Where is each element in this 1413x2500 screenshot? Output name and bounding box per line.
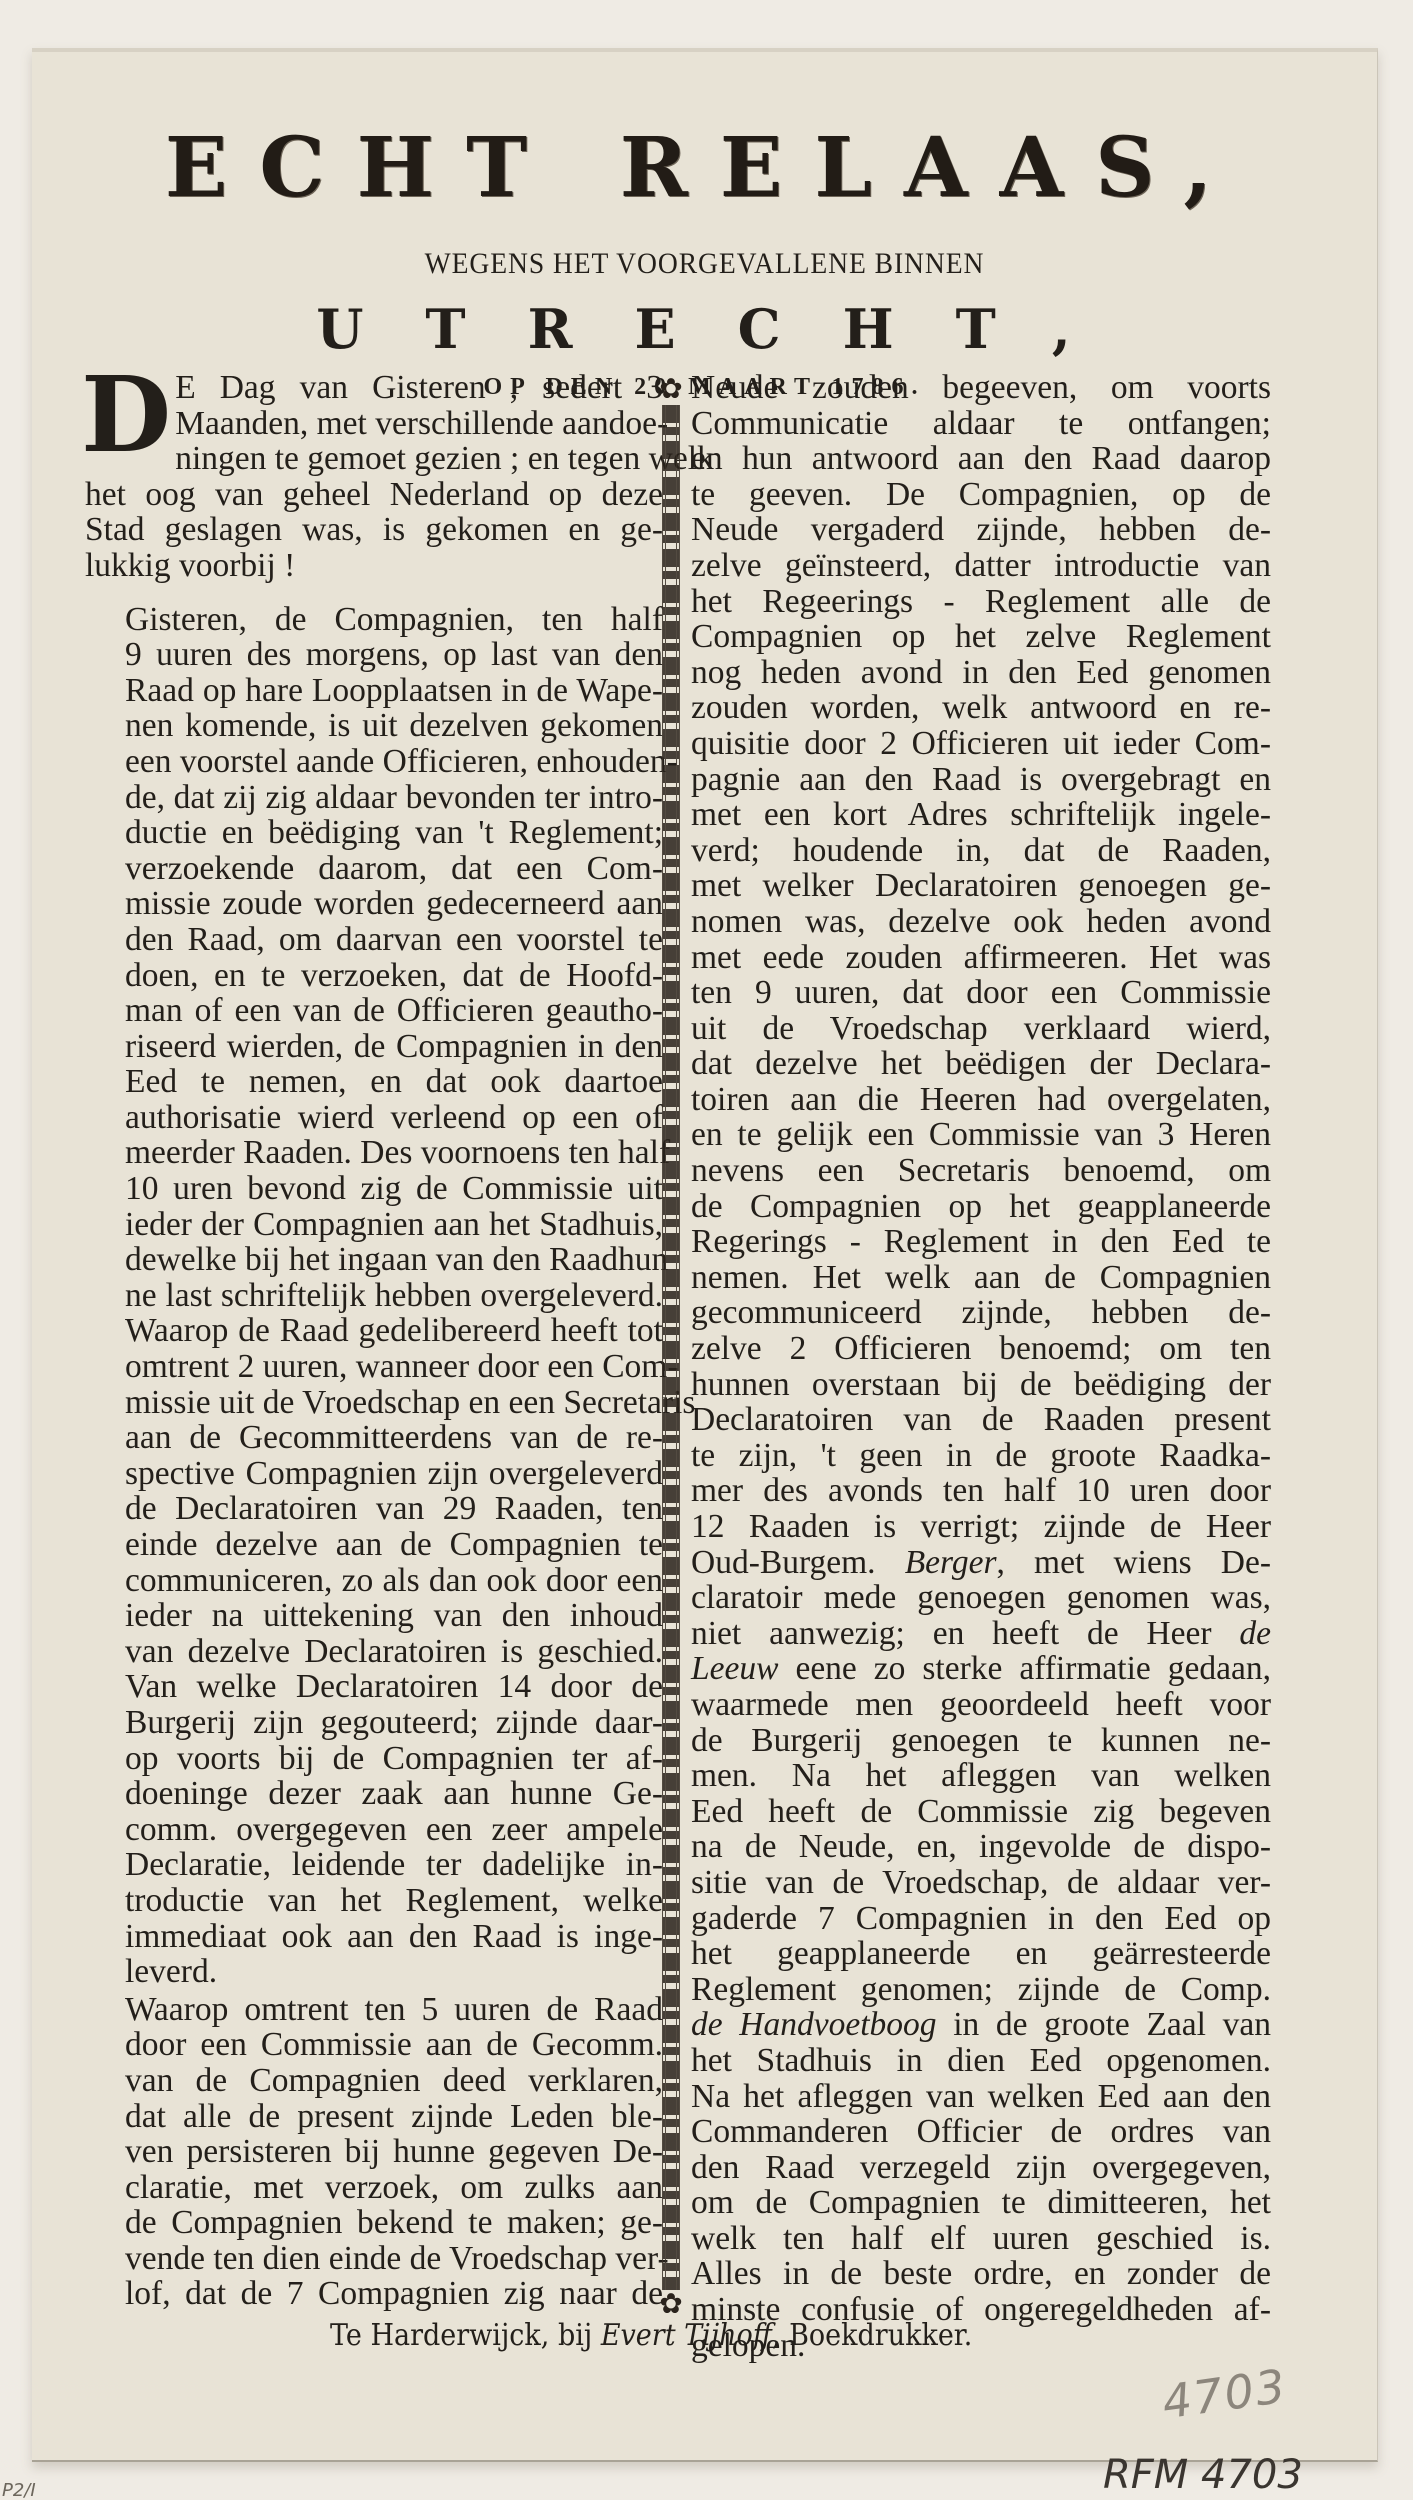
paragraph: Waarop omtrent ten 5 uuren de Raaddoor e… — [85, 1992, 663, 2312]
text-line: door een Commissie aan de Gecomm. — [85, 2027, 663, 2063]
text-line: Regerings - Reglement in den Eed te — [691, 1224, 1271, 1260]
text-line: verzoekende daarom, dat een Com- — [85, 851, 663, 887]
text-line: nevens een Secretaris benoemd, om — [691, 1153, 1271, 1189]
text-line: communiceren, zo als dan ook door een — [85, 1563, 663, 1599]
text-line: om de Compagnien te dimitteeren, het — [691, 2185, 1271, 2221]
text-line: meerder Raaden. Des voornoens ten half — [85, 1135, 663, 1171]
text-line: de Compagnien op het geapplaneerde — [691, 1189, 1271, 1225]
text-line: het oog van geheel Nederland op deze — [85, 477, 663, 513]
text-line: men. Na het afleggen van welken — [691, 1758, 1271, 1794]
text-line: te geeven. De Compagnien, op de — [691, 477, 1271, 513]
archive-mark: RFM 4703 — [1103, 2452, 1303, 2498]
text-line: gaderde 7 Compagnien in den Eed op — [691, 1901, 1271, 1937]
text-line: Alles in de beste ordre, en zonder de — [691, 2256, 1271, 2292]
text-line: doen, en te verzoeken, dat de Hoofd- — [85, 958, 663, 994]
text-line: hunnen overstaan bij de beëdiging der — [691, 1367, 1271, 1403]
text-line: zelve 2 Officieren benoemd; om ten — [691, 1331, 1271, 1367]
flower-ornament-icon: ✿ — [659, 2290, 682, 2320]
text-line: zouden worden, welk antwoord en re- — [691, 690, 1271, 726]
text-line: man of een van de Officieren geautho- — [85, 993, 663, 1029]
text-line: Waarop de Raad gedelibereerd heeft tot — [85, 1313, 663, 1349]
text-line: niet aanwezig; en heeft de Heer de — [691, 1616, 1271, 1652]
text-line: een voorstel aande Officieren, enhouden- — [85, 744, 663, 780]
text-line: de Burgerij genoegen te kunnen ne- — [691, 1723, 1271, 1759]
text-line: en hun antwoord aan den Raad daarop — [691, 441, 1271, 477]
text-line: zelve geïnsteerd, datter introductie van — [691, 548, 1271, 584]
text-line: Raad op hare Loopplaatsen in de Wape- — [85, 673, 663, 709]
chain-ornament — [662, 405, 680, 2290]
text-line: ten 9 uuren, dat door een Commissie — [691, 975, 1271, 1011]
paragraph: DE Dag van Gisteren , sedert 3Maanden, m… — [85, 370, 663, 584]
text-line: uit de Vroedschap verklaard wierd, — [691, 1011, 1271, 1047]
text-line: nen komende, is uit dezelven gekomen — [85, 708, 663, 744]
text-line: leverd. — [85, 1954, 663, 1990]
text-line: mer des avonds ten half 10 uren door — [691, 1473, 1271, 1509]
text-line: Stad geslagen was, is gekomen en ge- — [85, 512, 663, 548]
document-city: UTRECHT, — [32, 297, 1377, 361]
text-line: Na het afleggen van welken Eed aan den — [691, 2079, 1271, 2115]
text-line: nog heden avond in den Eed genomen — [691, 655, 1271, 691]
text-line: den Raad verzegeld zijn overgegeven, — [691, 2150, 1271, 2186]
text-line: einde dezelve aan de Compagnien te — [85, 1527, 663, 1563]
text-line: Neude zouden begeeven, om voorts — [691, 370, 1271, 406]
text-line: Neude vergaderd zijnde, hebben de- — [691, 512, 1271, 548]
text-line: Oud-Burgem. Berger, met wiens De- — [691, 1545, 1271, 1581]
text-line: de, dat zij zig aldaar bevonden ter intr… — [85, 780, 663, 816]
text-line: immediaat ook aan den Raad is inge- — [85, 1919, 663, 1955]
text-line: dewelke bij het ingaan van den Raadhun — [85, 1242, 663, 1278]
text-line: spective Compagnien zijn overgeleverd — [85, 1456, 663, 1492]
drop-cap: D — [81, 376, 171, 454]
document-title: ECHT RELAAS, — [32, 120, 1377, 216]
text-line: met eede zouden affirmeeren. Het was — [691, 940, 1271, 976]
text-line: met een kort Adres schriftelijk ingele- — [691, 797, 1271, 833]
text-line: de Handvoetboog in de groote Zaal van — [691, 2007, 1271, 2043]
text-line: het geapplaneerde en geärresteerde — [691, 1936, 1271, 1972]
text-line: ningen te gemoet gezien ; en tegen welk — [85, 441, 663, 477]
text-line: aan de Gecommitteerdens van de re- — [85, 1420, 663, 1456]
text-line: nemen. Het welk aan de Compagnien — [691, 1260, 1271, 1296]
corner-mark: P2/I — [2, 2480, 36, 2500]
text-line: en te gelijk een Commissie van 3 Heren — [691, 1117, 1271, 1153]
text-line: Burgerij zijn gegouteerd; zijnde daar- — [85, 1705, 663, 1741]
text-line: van dezelve Declaratoiren is geschied. — [85, 1634, 663, 1670]
text-line: sitie van de Vroedschap, de aldaar ver- — [691, 1865, 1271, 1901]
text-line: riseerd wierden, de Compagnien in den — [85, 1029, 663, 1065]
text-line: claratoir mede genoegen genomen was, — [691, 1580, 1271, 1616]
text-line: ven persisteren bij hunne gegeven De- — [85, 2134, 663, 2170]
text-line: Reglement genomen; zijnde de Comp. — [691, 1972, 1271, 2008]
text-line: Maanden, met verschillende aandoe- — [85, 406, 663, 442]
text-line: den Raad, om daarvan een voorstel te — [85, 922, 663, 958]
text-line: na de Neude, en, ingevolde de dispo- — [691, 1829, 1271, 1865]
text-line: dat alle de present zijnde Leden ble- — [85, 2099, 663, 2135]
text-line: missie zoude worden gedecerneerd aan — [85, 886, 663, 922]
text-line: de Compagnien bekend te maken; ge- — [85, 2205, 663, 2241]
text-line: Declaratie, leidende ter dadelijke in- — [85, 1847, 663, 1883]
text-line: Van welke Declaratoiren 14 door de — [85, 1669, 663, 1705]
text-line: authorisatie wierd verleend op een of — [85, 1100, 663, 1136]
text-line: 10 uren bevond zig de Commissie uit — [85, 1171, 663, 1207]
text-line: verd; houdende in, dat de Raaden, — [691, 833, 1271, 869]
text-line: Eed heeft de Commissie zig begeven — [691, 1794, 1271, 1830]
text-line: op voorts bij de Compagnien ter af- — [85, 1741, 663, 1777]
text-line: Eed te nemen, en dat ook daartoe — [85, 1064, 663, 1100]
right-column: Neude zouden begeeven, om voortsCommunic… — [691, 370, 1271, 2363]
text-line: ne last schriftelijk hebben overgeleverd… — [85, 1278, 663, 1314]
text-line: de Declaratoiren van 29 Raaden, ten — [85, 1491, 663, 1527]
text-line: troductie van het Reglement, welke — [85, 1883, 663, 1919]
text-line: het Regeerings - Reglement alle de — [691, 584, 1271, 620]
text-line: missie uit de Vroedschap en een Secretar… — [85, 1385, 663, 1421]
text-line: welk ten half elf uuren geschied is. — [691, 2221, 1271, 2257]
text-line: het Stadhuis in dien Eed opgenomen. — [691, 2043, 1271, 2079]
text-line: gecommuniceerd zijnde, hebben de- — [691, 1295, 1271, 1331]
text-line: Declaratoiren van de Raaden present — [691, 1402, 1271, 1438]
ornamental-divider: ✿ ✿ — [655, 375, 687, 2320]
text-line: ieder na uittekening van den inhoud — [85, 1598, 663, 1634]
text-line: quisitie door 2 Officieren uit ieder Com… — [691, 726, 1271, 762]
text-line: nomen was, dezelve ook heden avond — [691, 904, 1271, 940]
text-line: met welker Declaratoiren genoegen ge- — [691, 868, 1271, 904]
imprint-prefix: Te Harderwijck, bij — [330, 2318, 601, 2353]
text-line: waarmede men geoordeeld heeft voor — [691, 1687, 1271, 1723]
text-line: dat dezelve het beëdigen der Declara- — [691, 1046, 1271, 1082]
document-subtitle: WEGENS HET VOORGEVALLENE BINNEN — [86, 247, 1323, 281]
text-line: E Dag van Gisteren , sedert 3 — [85, 370, 663, 406]
text-line: Leeuw eene zo sterke affirmatie gedaan, — [691, 1651, 1271, 1687]
text-line: van de Compagnien deed verklaren, — [85, 2063, 663, 2099]
text-line: vende ten dien einde de Vroedschap ver- — [85, 2241, 663, 2277]
text-line: 12 Raaden is verrigt; zijnde de Heer — [691, 1509, 1271, 1545]
text-line: 9 uuren des morgens, op last van den — [85, 637, 663, 673]
imprint-suffix: , Boekdrukker. — [772, 2318, 972, 2353]
text-line: ductie en beëdiging van 't Reglement; — [85, 815, 663, 851]
text-line: Gisteren, de Compagnien, ten half — [85, 602, 663, 638]
paragraph: Neude zouden begeeven, om voortsCommunic… — [691, 370, 1271, 2363]
printer-name: Evert Tijhoff — [601, 2318, 772, 2353]
printer-imprint: Te Harderwijck, bij Evert Tijhoff, Boekd… — [330, 2318, 972, 2353]
text-line: lof, dat de 7 Compagnien zig naar de — [85, 2276, 663, 2312]
text-line: pagnie aan den Raad is overgebragt en — [691, 762, 1271, 798]
text-line: lukkig voorbij ! — [85, 548, 663, 584]
flower-ornament-icon: ✿ — [659, 375, 682, 405]
text-line: Communicatie aldaar te ontfangen; — [691, 406, 1271, 442]
text-line: omtrent 2 uuren, wanneer door een Com- — [85, 1349, 663, 1385]
text-line: comm. overgegeven een zeer ampele — [85, 1812, 663, 1848]
text-line: Compagnien op het zelve Reglement — [691, 619, 1271, 655]
text-line: ieder der Compagnien aan het Stadhuis, — [85, 1207, 663, 1243]
text-line: doeninge dezer zaak aan hunne Ge- — [85, 1776, 663, 1812]
left-column: DE Dag van Gisteren , sedert 3Maanden, m… — [85, 370, 663, 2312]
text-line: te zijn, 't geen in de groote Raadka- — [691, 1438, 1271, 1474]
text-line: Waarop omtrent ten 5 uuren de Raad — [85, 1992, 663, 2028]
text-line: Commanderen Officier de ordres van — [691, 2114, 1271, 2150]
text-line: toiren aan die Heeren had overgelaten, — [691, 1082, 1271, 1118]
paragraph: Gisteren, de Compagnien, ten half9 uuren… — [85, 602, 663, 1990]
text-line: claratie, met verzoek, om zulks aan — [85, 2170, 663, 2206]
